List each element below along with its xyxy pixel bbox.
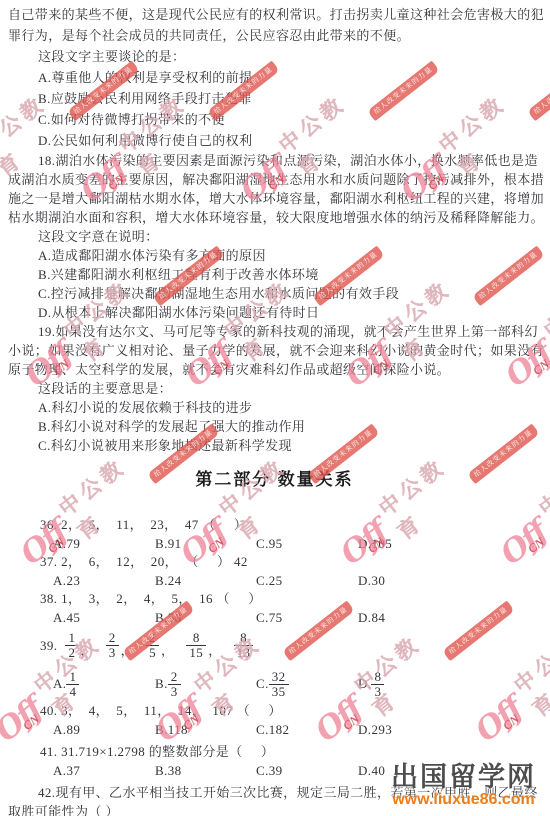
fraction: 813 bbox=[234, 631, 254, 660]
question-18-prompt: 这段文字意在说明： bbox=[8, 227, 541, 246]
question-37-options: A.23 B.24 C.25 D.30 bbox=[8, 572, 541, 591]
question-39-option-d: D. 83 bbox=[358, 670, 541, 699]
question-41-option-a: A.37 bbox=[53, 762, 155, 781]
question-38-option-b: B.58 bbox=[155, 609, 256, 628]
question-19-text-line: 19.如果没有达尔文、马可尼等专家的新科技观的涌现，就不会产生世界上第一部科幻 bbox=[8, 322, 541, 341]
question-37-stem: 37. 2， 6， 12， 20， （ ） 42 bbox=[8, 553, 541, 572]
question-17-option-d: D.公民如何利用微博行使自己的权利 bbox=[8, 130, 541, 151]
fraction: 23 bbox=[106, 631, 119, 660]
question-39-option-c: C. 3235 bbox=[256, 670, 358, 699]
question-19-option-a: A.科幻小说的发展依赖于科技的进步 bbox=[8, 398, 541, 417]
question-38-option-a: A.45 bbox=[53, 609, 155, 628]
exam-content: 自己带来的某些不便，这是现代公民应有的权利常识。打击拐卖儿童这种社会危害极大的犯… bbox=[0, 0, 550, 816]
question-17-prompt: 这段文字主要谈论的是： bbox=[8, 46, 541, 67]
question-36-option-b: B.91 bbox=[155, 535, 256, 554]
question-37-option-a: A.23 bbox=[53, 572, 155, 591]
exam-page: 自己带来的某些不便，这是现代公民应有的权利常识。打击拐卖儿童这种社会危害极大的犯… bbox=[0, 0, 550, 816]
separator: ， bbox=[80, 640, 93, 659]
question-18-text-line: 成湖泊水质变差的主要原因，解决鄱阳湖湿地生态用水和水质问题除了控污减排外，根本措 bbox=[8, 170, 541, 189]
separator: ， bbox=[161, 640, 174, 659]
question-38-option-d: D.84 bbox=[358, 609, 541, 628]
separator: ， bbox=[208, 640, 221, 659]
fraction: 3235 bbox=[269, 670, 289, 699]
question-40-option-b: B.118 bbox=[155, 721, 256, 740]
question-36-options: A.79 B.91 C.95 D.105 bbox=[8, 535, 541, 554]
question-19-option-c: C.科幻小说被用来形象地描述最新科学发现 bbox=[8, 436, 541, 455]
fraction: 815 bbox=[186, 631, 206, 660]
question-17-option-b: B.应鼓励公民利用网络手段打击犯罪 bbox=[8, 88, 541, 109]
question-41-option-b: B.38 bbox=[155, 762, 256, 781]
section-2-title: 第二部分 数量关系 bbox=[8, 468, 541, 492]
question-36-option-a: A.79 bbox=[53, 535, 155, 554]
question-42-text-line: 取胜可能性为（ ） bbox=[8, 802, 541, 816]
question-39-number: 39. bbox=[40, 638, 57, 654]
question-40-option-a: A.89 bbox=[53, 721, 155, 740]
fraction: 23 bbox=[168, 670, 181, 699]
question-40-option-d: D.293 bbox=[358, 721, 541, 740]
question-36-option-c: C.95 bbox=[256, 535, 358, 554]
paragraph-line: 自己带来的某些不便，这是现代公民应有的权利常识。打击拐卖儿童这种社会危害极大的犯 bbox=[8, 4, 541, 25]
question-39-options: A. 14 B. 23 C. 3235 D. 83 bbox=[8, 666, 541, 702]
question-38-option-c: C.75 bbox=[256, 609, 358, 628]
question-17-option-c: C.如何对待微博打拐带来的不便 bbox=[8, 109, 541, 130]
question-19-prompt: 这段话的主要意思是： bbox=[8, 379, 541, 398]
question-42-text-line: 42.现有甲、乙水平相当技工开始三次比赛，规定三局二胜，若第一次甲胜，则乙最终 bbox=[8, 783, 541, 802]
fraction: 14 bbox=[66, 670, 79, 699]
paragraph-line: 罪行为，是每个社会成员的共同责任，公民应容忍由此带来的不便。 bbox=[8, 25, 541, 46]
question-41-option-d: D.40 bbox=[358, 762, 541, 781]
separator: ， bbox=[121, 640, 134, 659]
quantitative-section: 36. 2， 5， 11， 23， 47 （ ） A.79 B.91 C.95 … bbox=[8, 516, 541, 816]
question-18-text-line: 施之一是增大鄱阳湖枯水期水体，增大水体环境容量，鄱阳湖水利枢纽工程的兴建，将增加 bbox=[8, 189, 541, 208]
question-40-option-c: C.182 bbox=[256, 721, 358, 740]
question-38-stem: 38. 1， 3， 2， 4， 5， 16 （ ） bbox=[8, 590, 541, 609]
question-36-option-d: D.105 bbox=[358, 535, 541, 554]
question-19-text-line: 原子物理、太空科学的发展，就不会有灾难科幻作品或超级空间探险小说。 bbox=[8, 360, 541, 379]
question-39-option-b: B. 23 bbox=[155, 670, 256, 699]
question-18-text-line: 枯水期湖泊水面和容积，增大水体环境容量，较大限度地增强水体的纳污及稀释降解能力。 bbox=[8, 208, 541, 227]
question-37-option-c: C.25 bbox=[256, 572, 358, 591]
question-18-option-c: C.控污减排是解决鄱阳湖湿地生态用水和水质问题的有效手段 bbox=[8, 284, 541, 303]
question-19-text-line: 小说；如果没有广义相对论、量子力学的发展，就不会迎来科幻小说的黄金时代；如果没有 bbox=[8, 341, 541, 360]
question-38-options: A.45 B.58 C.75 D.84 bbox=[8, 609, 541, 628]
question-19-option-b: B.科幻小说对科学的发展起了强大的推动作用 bbox=[8, 417, 541, 436]
question-37-option-d: D.30 bbox=[358, 572, 541, 591]
question-17-option-a: A.尊重他人的权利是享受权利的前提 bbox=[8, 67, 541, 88]
question-40-stem: 40. 3， 4， 5， 11， 14， 107 （ ） bbox=[8, 702, 541, 721]
question-36-stem: 36. 2， 5， 11， 23， 47 （ ） bbox=[8, 516, 541, 535]
question-18-option-b: B.兴建鄱阳湖水利枢纽工程有利于改善水体环境 bbox=[8, 265, 541, 284]
question-18-option-a: A.造成鄱阳湖水体污染有多方面的原因 bbox=[8, 246, 541, 265]
fraction: 12 bbox=[65, 631, 78, 660]
question-18-text-line: 18.湖泊水体污染的主要因素是面源污染和点源污染，湖泊水体小，换水频率低也是造 bbox=[8, 151, 541, 170]
question-40-options: A.89 B.118 C.182 D.293 bbox=[8, 721, 541, 740]
fraction: 25 bbox=[146, 631, 159, 660]
question-41-options: A.37 B.38 C.39 D.40 bbox=[8, 762, 541, 781]
question-39-stem: 39. 12 ， 23 ， 25 ， 815 ， 813 bbox=[8, 627, 541, 664]
question-39-option-a: A. 14 bbox=[53, 670, 155, 699]
question-41-option-c: C.39 bbox=[256, 762, 358, 781]
question-41-stem: 41. 31.719×1.2798 的整数部分是（ ） bbox=[8, 743, 541, 762]
question-18-option-d: D.从根本上解决鄱阳湖水体污染问题还有待时日 bbox=[8, 303, 541, 322]
fraction: 83 bbox=[371, 670, 384, 699]
question-37-option-b: B.24 bbox=[155, 572, 256, 591]
